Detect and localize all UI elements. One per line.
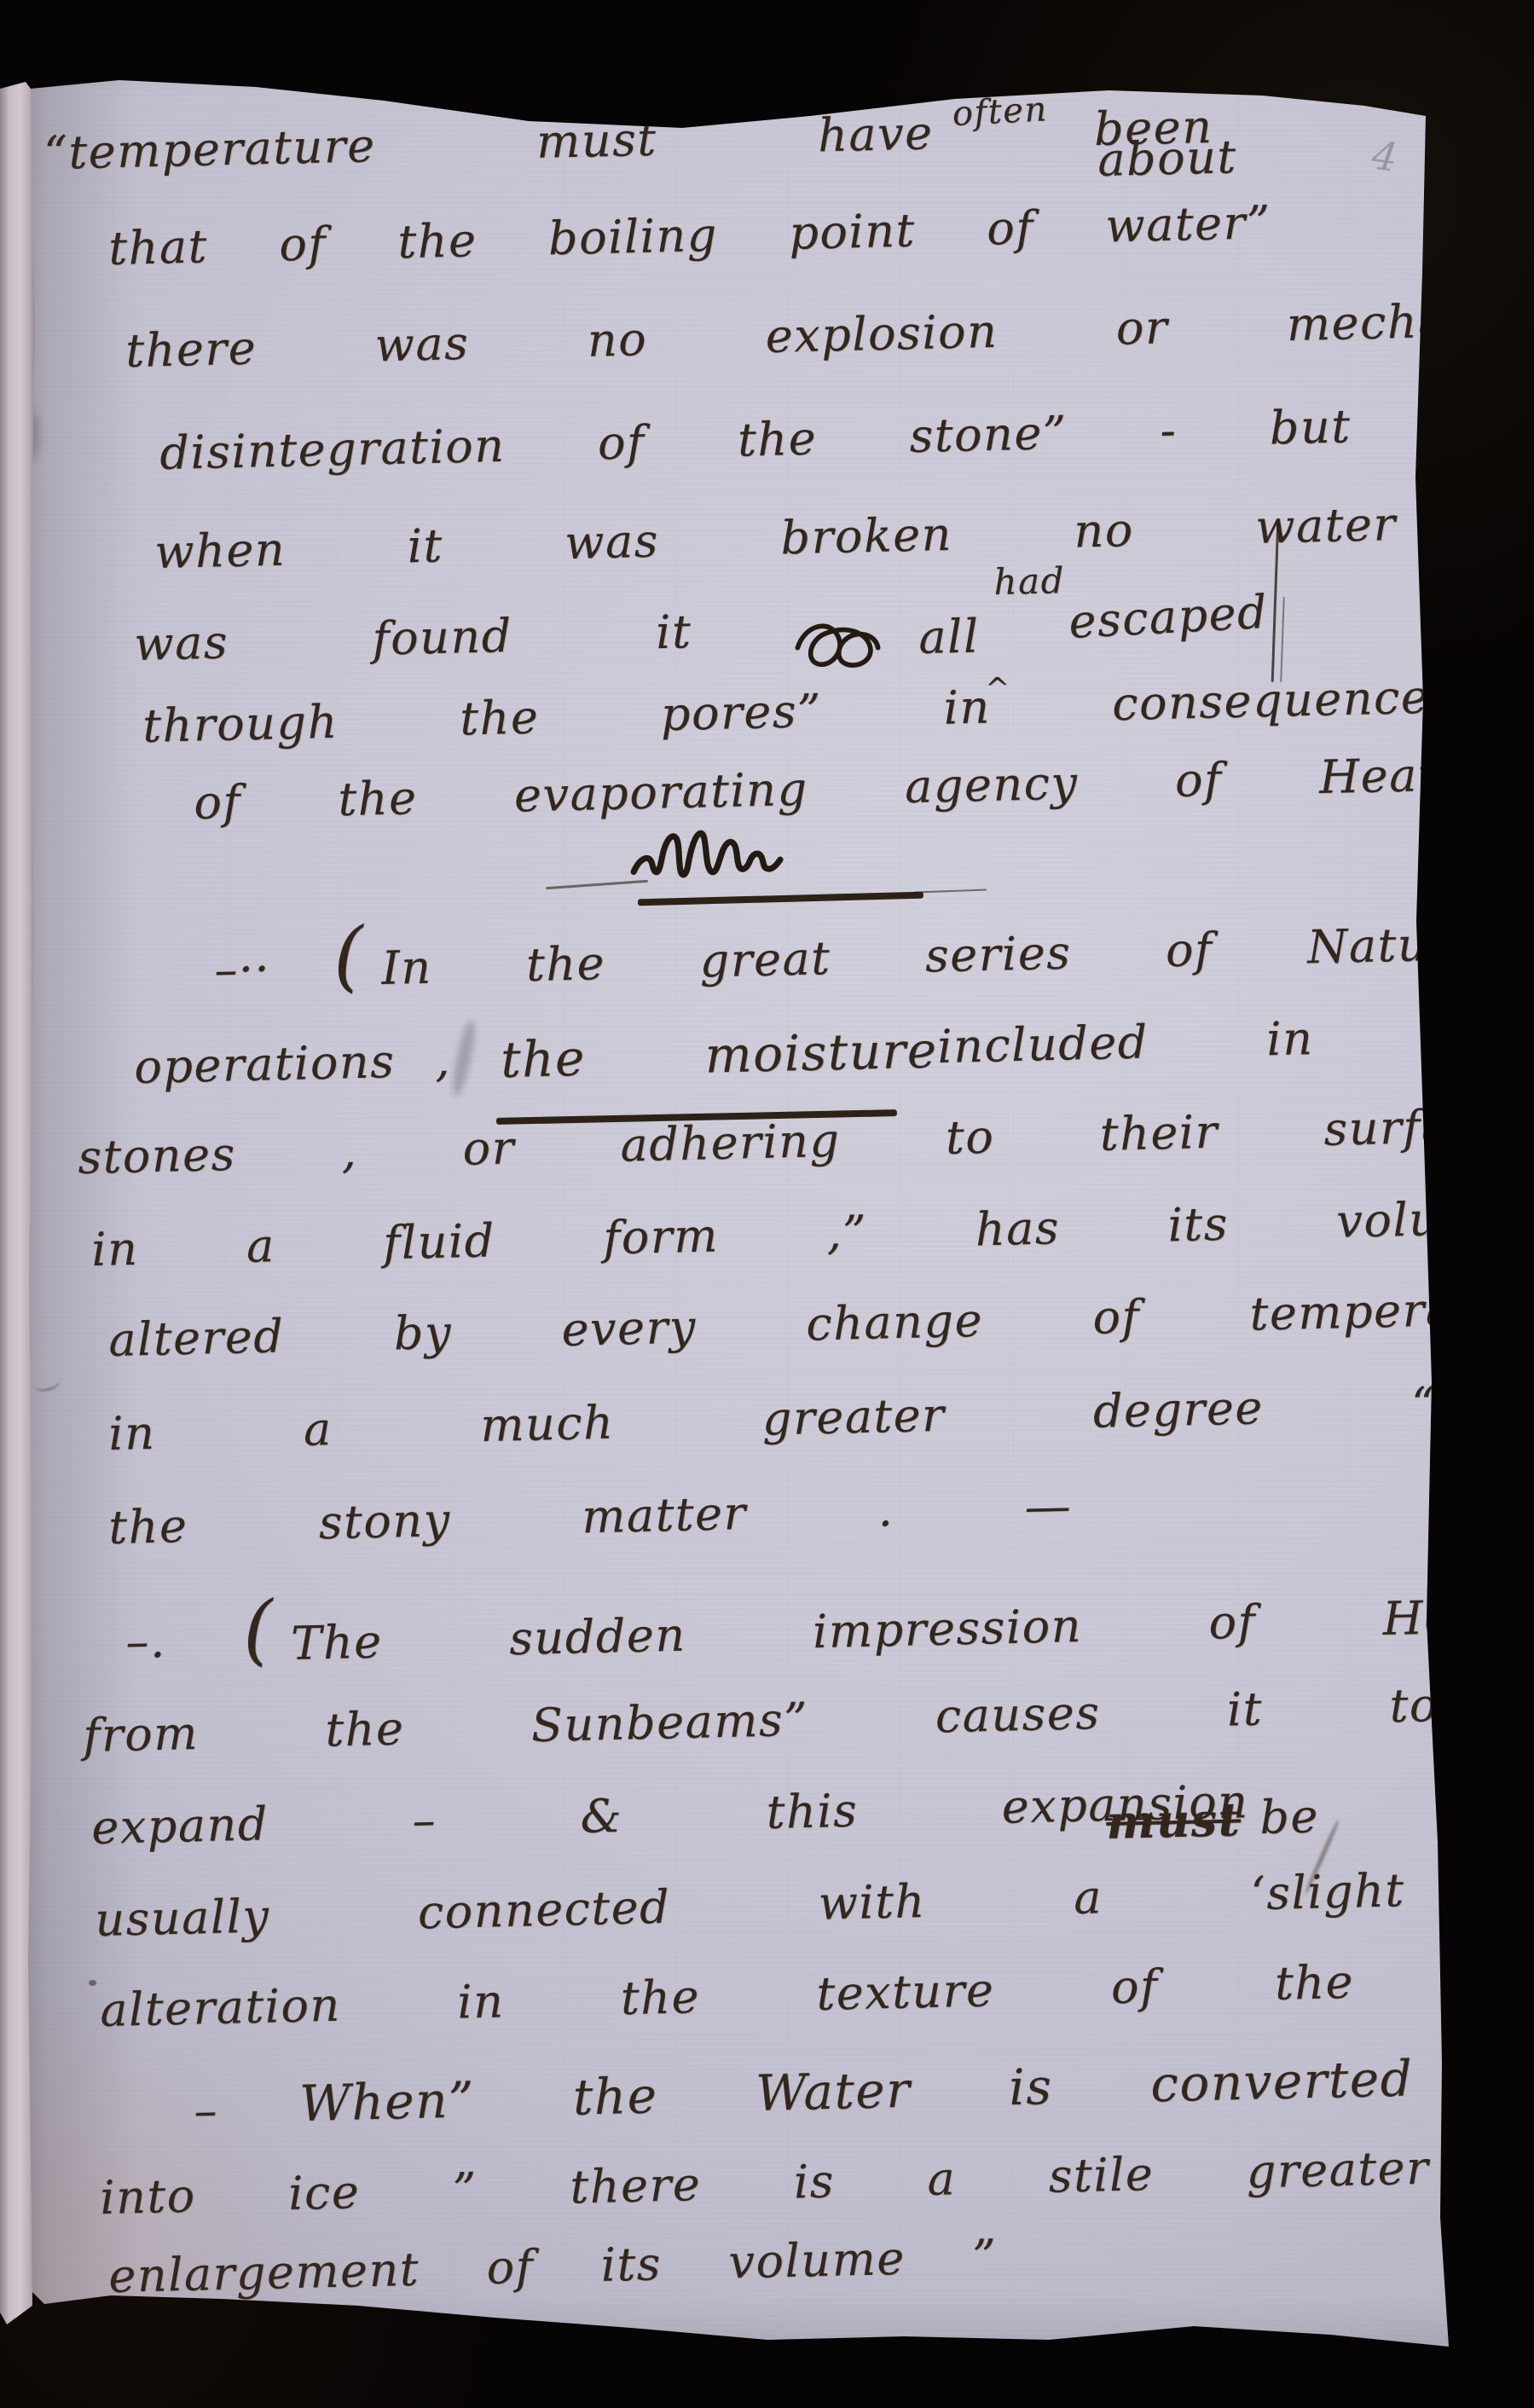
handwriting-line-18-post: be — [1259, 1791, 1320, 1843]
handwriting-line-9-dash: –·· — [214, 944, 271, 996]
handwriting-line-6-post: escaped — [1068, 587, 1269, 648]
ink-blot — [89, 1980, 96, 1986]
scribble-icon — [784, 616, 891, 672]
handwriting-line-21-dash: – — [194, 2085, 219, 2136]
handwriting-line-6: was found it — [134, 606, 692, 669]
handwriting-line-1-tail: about — [1097, 131, 1238, 185]
opening-paren: ( — [333, 913, 366, 999]
inserted-word-often: often — [952, 90, 1049, 133]
scrawled-initials — [627, 820, 819, 896]
handwriting-line-10-pre: operations , — [134, 1035, 452, 1093]
manuscript-page: “temperature must have been often about … — [0, 0, 1534, 2408]
opening-paren-2: ( — [242, 1587, 275, 1672]
struck-word-must: must — [1106, 1794, 1242, 1848]
scribbled-out-word — [784, 616, 891, 676]
handwriting-line-16-dash: –. — [125, 1616, 167, 1667]
photograph-background: “temperature must have been often about … — [0, 0, 1534, 2408]
handwriting-line-10-post: included in — [937, 1013, 1314, 1072]
handwriting-line-6-mid: all — [918, 611, 981, 663]
underlined-phrase-the-moisture: the moisture — [501, 1023, 939, 1087]
monogram-scribble-icon — [627, 820, 819, 892]
inserted-word-had: had — [993, 561, 1066, 602]
